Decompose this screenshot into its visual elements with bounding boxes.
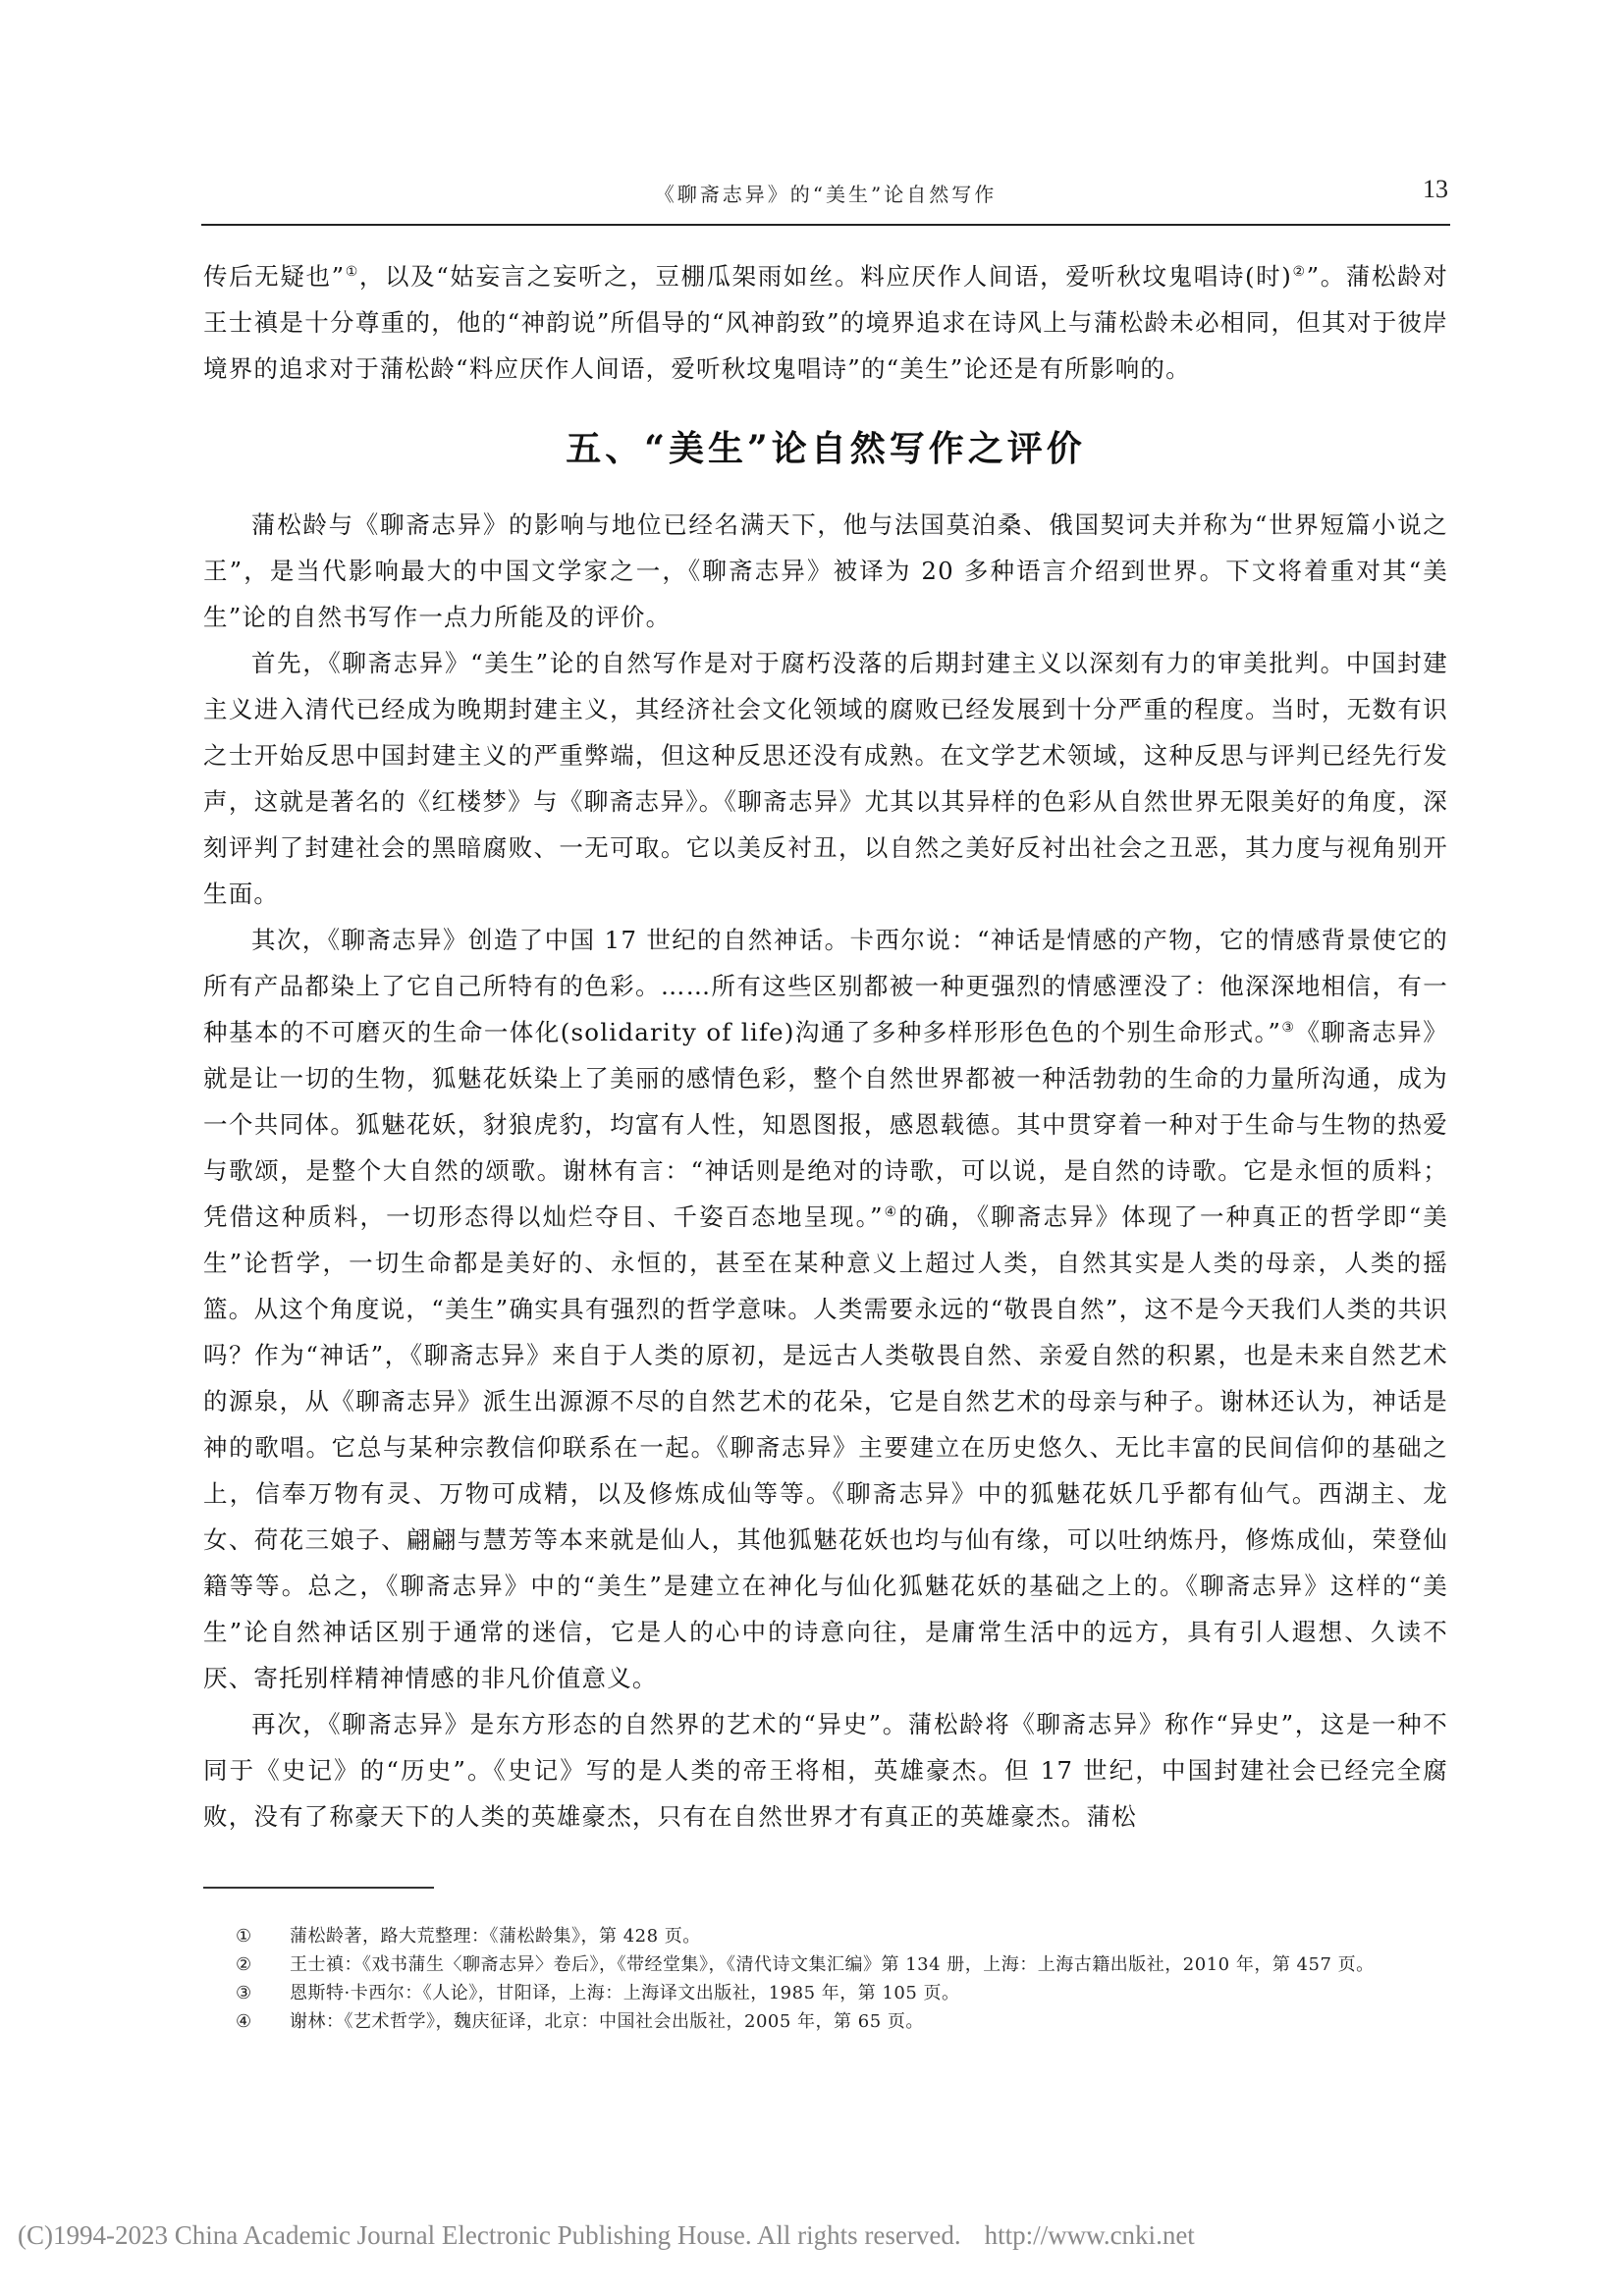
- footnote-mark: ②: [236, 1950, 290, 1979]
- footnote-text: 恩斯特·卡西尔：《人论》，甘阳译，上海：上海译文出版社，1985 年，第 105…: [290, 1979, 960, 2007]
- paragraph-text: 的确，《聊斋志异》体现了一种真正的哲学即“美生”论哲学，一切生命都是美好的、永恒…: [203, 1202, 1448, 1692]
- footnote-text: 谢林：《艺术哲学》，魏庆征译，北京：中国社会出版社，2005 年，第 65 页。: [290, 2007, 924, 2036]
- paragraph-text: ，以及“姑妄言之妄听之，豆棚瓜架雨如丝。料应厌作人间语，爱听秋坟鬼唱诗(时): [359, 262, 1292, 291]
- footnote-ref-2[interactable]: ②: [1292, 264, 1307, 280]
- paragraph-text: 其次，《聊斋志异》创造了中国 17 世纪的自然神话。卡西尔说：“神话是情感的产物…: [203, 926, 1448, 1046]
- footnote-text: 王士禛：《戏书蒲生〈聊斋志异〉卷后》，《带经堂集》，《清代诗文集汇编》第 134…: [290, 1950, 1375, 1979]
- footnote-rule: [203, 1887, 434, 1889]
- paragraph-third: 再次，《聊斋志异》是东方形态的自然界的艺术的“异史”。蒲松龄将《聊斋志异》称作“…: [203, 1701, 1448, 1840]
- footnote-mark: ①: [236, 1922, 290, 1950]
- page-number: 13: [1423, 175, 1448, 204]
- paragraph-text: 《聊斋志异》就是让一切的生物，狐魅花妖染上了美丽的感情色彩，整个自然世界都被一种…: [203, 1018, 1448, 1231]
- paragraph-text: 蒲松龄与《聊斋志异》的影响与地位已经名满天下，他与法国莫泊桑、俄国契诃夫并称为“…: [203, 510, 1448, 631]
- footnotes: ① 蒲松龄著，路大荒整理：《蒲松龄集》，第 428 页。 ② 王士禛：《戏书蒲生…: [236, 1922, 1453, 2036]
- copyright-watermark: (C)1994-2023 China Academic Journal Elec…: [18, 2220, 1195, 2251]
- footnote-2: ② 王士禛：《戏书蒲生〈聊斋志异〉卷后》，《带经堂集》，《清代诗文集汇编》第 1…: [236, 1950, 1453, 1979]
- page-header: 《聊斋志异》的“美生”论自然写作 13: [201, 175, 1450, 224]
- footnote-3: ③ 恩斯特·卡西尔：《人论》，甘阳译，上海：上海译文出版社，1985 年，第 1…: [236, 1979, 1453, 2007]
- footnote-text: 蒲松龄著，路大荒整理：《蒲松龄集》，第 428 页。: [290, 1922, 701, 1950]
- footnote-mark: ③: [236, 1979, 290, 2007]
- footnote-ref-3[interactable]: ③: [1281, 1020, 1295, 1036]
- paragraph-text: 首先，《聊斋志异》“美生”论的自然写作是对于腐朽没落的后期封建主义以深刻有力的审…: [203, 649, 1448, 908]
- paragraph-first: 首先，《聊斋志异》“美生”论的自然写作是对于腐朽没落的后期封建主义以深刻有力的审…: [203, 640, 1448, 917]
- paragraph-text: 传后无疑也”: [203, 262, 345, 291]
- copyright-text: (C)1994-2023 China Academic Journal Elec…: [18, 2220, 961, 2250]
- paragraph-intro: 蒲松龄与《聊斋志异》的影响与地位已经名满天下，他与法国莫泊桑、俄国契诃夫并称为“…: [203, 502, 1448, 640]
- footnote-4: ④ 谢林：《艺术哲学》，魏庆征译，北京：中国社会出版社，2005 年，第 65 …: [236, 2007, 1453, 2036]
- header-rule: [201, 224, 1450, 226]
- paragraph-second: 其次，《聊斋志异》创造了中国 17 世纪的自然神话。卡西尔说：“神话是情感的产物…: [203, 917, 1448, 1701]
- running-title: 《聊斋志异》的“美生”论自然写作: [201, 179, 1450, 207]
- paragraph-text: 再次，《聊斋志异》是东方形态的自然界的艺术的“异史”。蒲松龄将《聊斋志异》称作“…: [203, 1710, 1448, 1831]
- footnote-1: ① 蒲松龄著，路大荒整理：《蒲松龄集》，第 428 页。: [236, 1922, 1453, 1950]
- footnote-ref-1[interactable]: ①: [345, 264, 359, 280]
- article-body: 传后无疑也”①，以及“姑妄言之妄听之，豆棚瓜架雨如丝。料应厌作人间语，爱听秋坟鬼…: [203, 253, 1448, 1840]
- cnki-url[interactable]: http://www.cnki.net: [985, 2220, 1195, 2250]
- section-title: 五、“美生”论自然写作之评价: [203, 423, 1448, 474]
- paragraph-continued: 传后无疑也”①，以及“姑妄言之妄听之，豆棚瓜架雨如丝。料应厌作人间语，爱听秋坟鬼…: [203, 253, 1448, 392]
- footnote-mark: ④: [236, 2007, 290, 2036]
- footnote-ref-4[interactable]: ④: [884, 1204, 899, 1220]
